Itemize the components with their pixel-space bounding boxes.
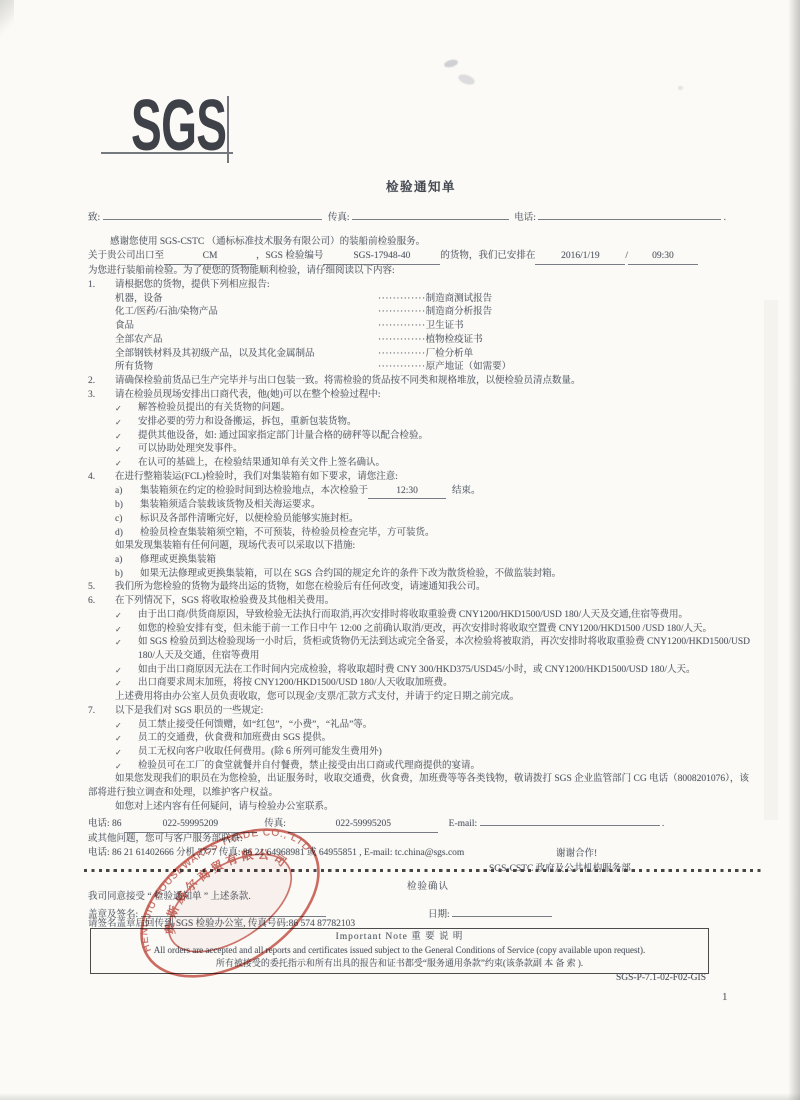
- bullet-row: ✓员工禁止接受任何馈赠，如“红包”，“小费”，“礼品”等。: [115, 719, 750, 733]
- item6-heading: 在下列情况下，SGS 将收取检验费及其他相关费用。: [115, 595, 750, 609]
- export-destination-field: CM: [164, 250, 256, 265]
- report-row: 化工/医药/石油/染物产品·············制造商分析报告: [115, 306, 750, 320]
- scanned-inspection-notice: SGS 检验通知单 致: 传真: 电话: . 感谢您使用 SGS-CSTC （通…: [0, 0, 800, 1100]
- date-label: 日期:: [428, 910, 450, 920]
- tick-bullet-icon: ✓: [115, 746, 138, 760]
- list-item-2: 2. 请确保检验前货品已生产完毕并与出口包装一致。将需检验的货品按不同类和规格堆…: [88, 375, 750, 389]
- period: .: [662, 819, 664, 829]
- sub-item: c)标识及各部件清晰完好，以便检验员能够实施封柜。: [115, 513, 750, 527]
- tick-bullet-icon: ✓: [115, 664, 138, 678]
- inspection-time-field: 09:30: [628, 250, 698, 265]
- bullet-row: ✓可以协助处理突发事件。: [115, 443, 750, 457]
- intro-line-3: 为您进行装船前检验。为了使您的货物能顺利检验，请仔细阅读以下内容:: [88, 265, 746, 279]
- dot-leader: ·············: [378, 348, 426, 362]
- tick-bullet-icon: ✓: [115, 402, 138, 416]
- tick-bullet-icon: ✓: [115, 719, 138, 733]
- list-item-3: 3. 请在检验员现场安排出口商代表，他(她)可以在整个检验过程中: ✓解答检验员…: [88, 389, 750, 471]
- bullet-row: ✓在认可的基础上，在检验结果通知单有关文件上签名确认。: [115, 457, 750, 471]
- report-row: 食品·············卫生证书: [115, 320, 750, 334]
- sgs-logo-underline: [101, 152, 233, 154]
- item4-heading: 在进行整箱装运(FCL)检验时，我们对集装箱有如下要求，请您注意:: [115, 471, 750, 485]
- list-item-4: 4. 在进行整箱装运(FCL)检验时，我们对集装箱有如下要求，请您注意: a) …: [88, 471, 750, 582]
- tick-bullet-icon: ✓: [115, 636, 138, 663]
- scan-speck: [678, 86, 683, 90]
- bullet-row: ✓解答检验员提出的有关货物的问题。: [115, 402, 750, 416]
- list-item-7: 7. 以下是我们对 SGS 职员的一些规定: ✓员工禁止接受任何馈赠，如“红包”…: [88, 705, 750, 774]
- phone-label: 电话:: [514, 213, 536, 223]
- tick-bullet-icon: ✓: [115, 430, 138, 444]
- inspection-date-field: 2016/1/19: [535, 250, 625, 265]
- report-row: 所有货物·············原产地证（如需要）: [115, 361, 750, 375]
- page-number: 1: [722, 991, 728, 1003]
- tick-bullet-icon: ✓: [115, 732, 138, 746]
- office-phone-label: 电话: 86: [88, 819, 122, 829]
- period: .: [724, 213, 726, 223]
- item7-heading: 以下是我们对 SGS 职员的一些规定:: [115, 705, 750, 719]
- fax-blank-field: [352, 208, 509, 220]
- sgs-logo: SGS: [131, 98, 226, 154]
- item4-note: 如果发现集装箱有任何问题，现场代表可以采取以下措施:: [115, 540, 750, 554]
- thanks-line: 谢谢合作!: [556, 845, 597, 859]
- dot-leader: ·············: [378, 334, 426, 348]
- scan-corner-shade: [0, 0, 14, 40]
- document-code: SGS-P-7.1-02-F02-GIS: [616, 973, 706, 983]
- scan-edge-shadow-right: [788, 0, 800, 1100]
- item1-heading: 请根据您的货物，提供下列相应报告:: [115, 279, 750, 293]
- dot-leader: ·············: [378, 293, 426, 307]
- scan-fold-shadow: [764, 300, 778, 820]
- scan-edge-shadow-bottom: [0, 1093, 800, 1100]
- office-email-field: [480, 814, 660, 826]
- tick-bullet-icon: ✓: [115, 760, 138, 774]
- report-row: 全部钢铁材料及其初级产品，以及其化金属制品·············厂检分析单: [115, 348, 750, 362]
- bullet-row: ✓由于出口商/供货商原因，导致检验无法执行而取消,再次安排时将收取重验费 CNY…: [115, 609, 750, 623]
- sub-item-a: a) 集装箱须在约定的检验时间到达检验地点，本次检验于12:30结束。: [115, 485, 750, 500]
- questions-line: 如您对上述内容有任何疑问，请与检验办公室联系。: [88, 801, 750, 815]
- date-row: 日期:: [428, 905, 552, 923]
- item6-closing: 上述费用将由办公室人员负责收取，您可以现金/支票/汇款方式支付，并请于约定日期之…: [115, 691, 750, 705]
- bullet-row: ✓提供其他设备，如: 通过国家指定部门计量合格的磅秤等以配合检验。: [115, 430, 750, 444]
- item3-heading: 请在检验员现场安排出口商代表，他(她)可以在整个检验过程中:: [115, 389, 750, 403]
- notice-body: 1. 请根据您的货物，提供下列相应报告: 机器，设备·············制…: [88, 279, 750, 861]
- confirmation-title: 检验确认: [407, 878, 449, 892]
- bullet-row: ✓如您的检验安排有变，但未能于前一工作日中午 12:00 之前确认取消/更改，再…: [115, 623, 750, 637]
- dot-leader: ·············: [378, 320, 426, 334]
- tick-bullet-icon: ✓: [115, 416, 138, 430]
- inspection-number-field: SGS-17948-40: [323, 250, 440, 265]
- report-row: 全部农产品·············植物检疫证书: [115, 334, 750, 348]
- list-item-5: 5. 我们所为您检验的货物为最终出运的货物，如您在检验后有任何改变，请速通知我公…: [88, 581, 750, 595]
- report-row: 机器，设备·············制造商测试报告: [115, 293, 750, 307]
- scan-speck: [443, 58, 458, 68]
- sub-item: a)修理或更换集装箱: [115, 554, 750, 568]
- dot-leader: ·············: [378, 306, 426, 320]
- bullet-row: ✓出口商要求周末加班，将按 CNY1200/HKD1500/USD 180/人天…: [115, 677, 750, 691]
- sub-item: b)集装箱须适合装载该货物及相关海运要求。: [115, 499, 750, 513]
- intro-line-1: 感谢您使用 SGS-CSTC （通标标准技术服务有限公司）的装船前检验服务。: [88, 236, 746, 250]
- inspection-end-time-field: 12:30: [368, 485, 446, 500]
- sub-item: b)如果无法修理或更换集装箱，可以在 SGS 合约国的规定允许的条件下改为散货检…: [115, 568, 750, 582]
- bullet-row: ✓员工无权向客户收取任何费用。(除 6 所列可能发生费用外): [115, 746, 750, 760]
- dot-leader: ·············: [378, 361, 426, 375]
- tick-bullet-icon: ✓: [115, 457, 138, 471]
- date-field: [452, 905, 552, 917]
- sub-item: d)检验员检查集装箱须空箱，不可预装，待检验员检查完毕，方可装货。: [115, 527, 750, 541]
- list-item-1: 1. 请根据您的货物，提供下列相应报告: 机器，设备·············制…: [88, 279, 750, 375]
- to-blank-field: [103, 208, 322, 220]
- bullet-row: ✓检验员可在工厂的食堂就餐并自付餐费，禁止接受由出口商或代理商提供的宴请。: [115, 760, 750, 774]
- intro-paragraph: 感谢您使用 SGS-CSTC （通标标准技术服务有限公司）的装船前检验服务。 关…: [88, 236, 746, 278]
- bullet-row: ✓如 SGS 检验员到达检验现场一小时后，货柜或货物仍无法到达或完全备妥，本次检…: [115, 636, 750, 663]
- sgs-logo-vertical-rule: [227, 96, 229, 163]
- list-item-6: 6. 在下列情况下，SGS 将收取检验费及其他相关费用。 ✓由于出口商/供货商原…: [88, 595, 750, 705]
- tick-bullet-icon: ✓: [115, 443, 138, 457]
- bullet-row: ✓员工的交通费，伙食费和加班费由 SGS 提供。: [115, 732, 750, 746]
- complaint-paragraph: 如果您发现我们的职员在为您检验，出证服务时，收取交通费，伙食费，加班费等等各类钱…: [88, 773, 750, 800]
- addressee-row: 致: 传真: 电话: .: [88, 208, 738, 223]
- page-title: 检验通知单: [386, 177, 456, 195]
- phone-blank-field: [538, 208, 721, 220]
- tick-bullet-icon: ✓: [115, 623, 138, 637]
- tick-bullet-icon: ✓: [115, 677, 138, 691]
- office-email-label: E-mail:: [449, 819, 478, 829]
- bullet-row: ✓安排必要的劳力和设备搬运，拆包，重新包装货物。: [115, 416, 750, 430]
- scan-speck: [457, 72, 476, 86]
- bullet-row: ✓如由于出口商原因无法在工作时间内完成检验，将收取超时费 CNY 300/HKD…: [115, 664, 750, 678]
- red-company-stamp: HENGJIU HOUSEWARES TRADE CO., LTD. 奥斯威尔商…: [127, 828, 334, 978]
- intro-line-2: 关于贵公司出口至CM，SGS 检验编号SGS-17948-40的货物，我们已安排…: [88, 250, 746, 265]
- to-label: 致:: [88, 213, 100, 223]
- tick-bullet-icon: ✓: [115, 609, 138, 623]
- fax-label: 传真:: [328, 213, 350, 223]
